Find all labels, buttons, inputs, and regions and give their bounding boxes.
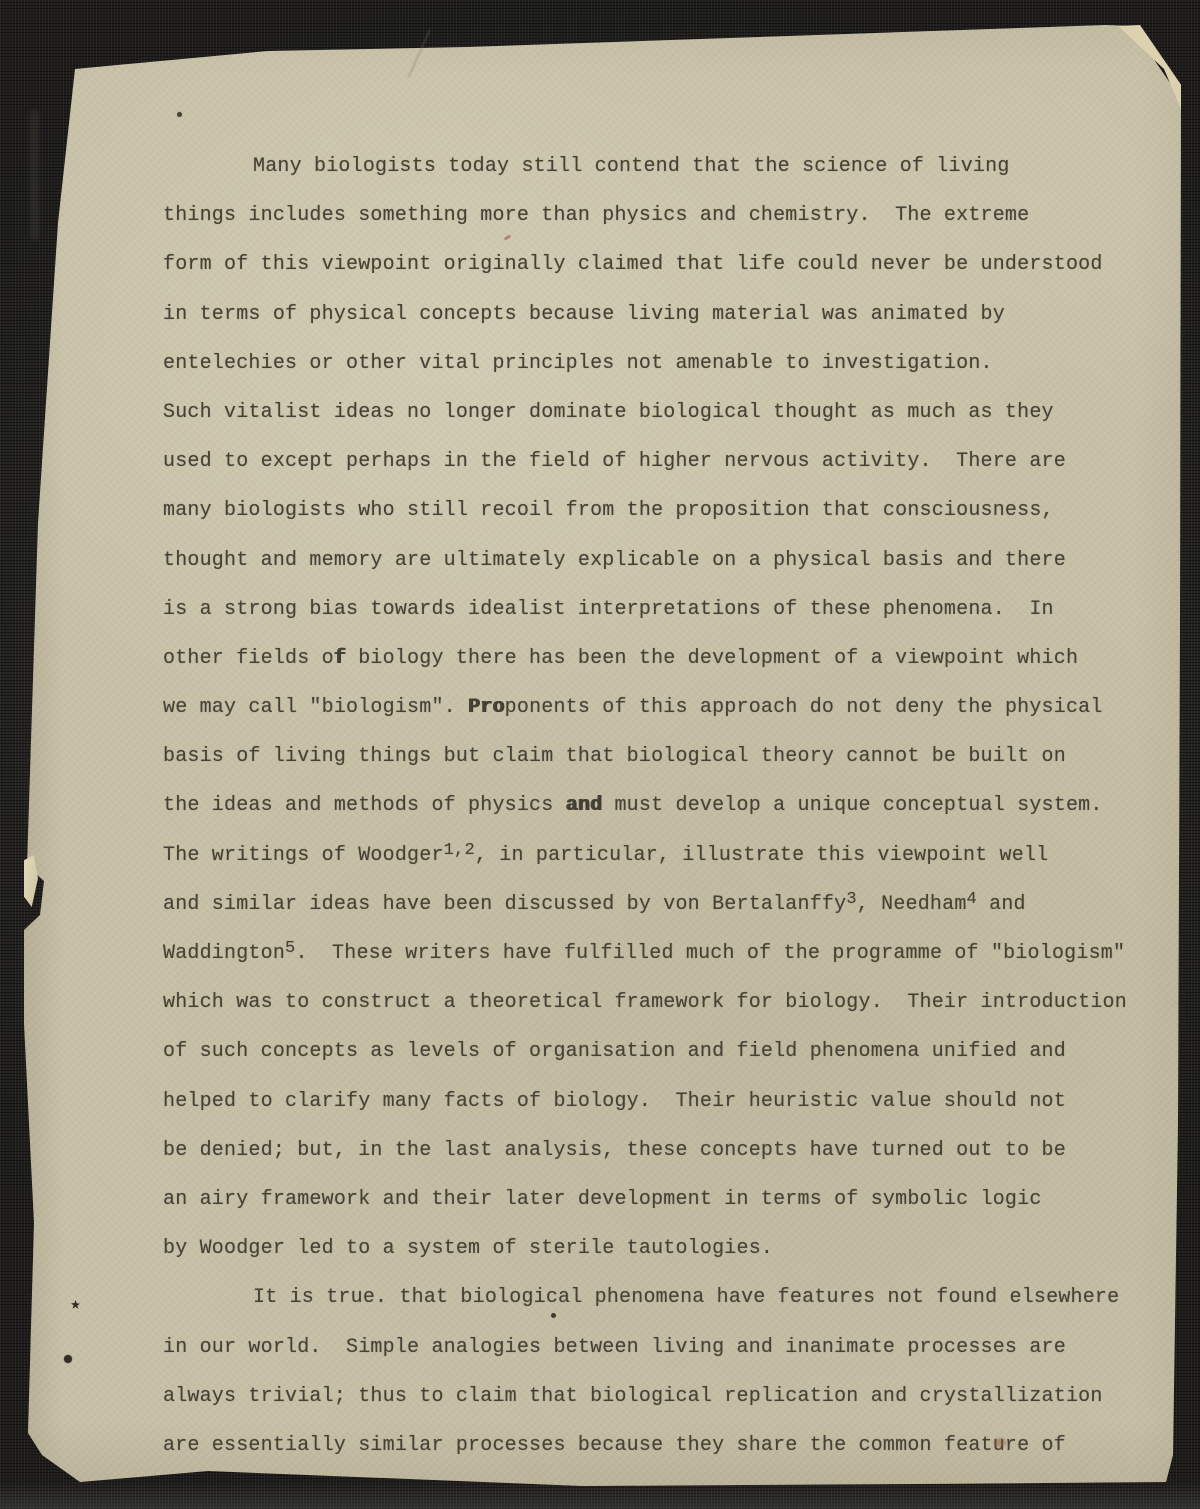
overtyped-text: and — [566, 794, 603, 817]
text-line: thought and memory are ultimately explic… — [163, 549, 1163, 598]
text-line: It is true. that biological phenomena ha… — [163, 1286, 1163, 1335]
text-line: used to except perhaps in the field of h… — [163, 450, 1163, 499]
text-line: the ideas and methods of physics and mus… — [163, 794, 1163, 843]
text-line: things includes something more than phys… — [163, 204, 1163, 253]
overtyped-text: f — [334, 647, 346, 670]
text-line: entelechies or other vital principles no… — [163, 352, 1163, 401]
text-line: The writings of Woodger1,2, in particula… — [163, 844, 1163, 893]
text-line: Such vitalist ideas no longer dominate b… — [163, 401, 1163, 450]
footnote-reference: 3 — [846, 890, 856, 909]
text-line: always trivial; thus to claim that biolo… — [163, 1385, 1163, 1434]
overtyped-text: Pro — [468, 696, 505, 719]
text-line: an airy framework and their later develo… — [163, 1188, 1163, 1237]
text-line: basis of living things but claim that bi… — [163, 745, 1163, 794]
text-line: form of this viewpoint originally claime… — [163, 253, 1163, 302]
footnote-reference: 1,2 — [444, 841, 475, 860]
text-line: in terms of physical concepts because li… — [163, 303, 1163, 352]
text-line: Many biologists today still contend that… — [163, 155, 1163, 204]
text-line: by Woodger led to a system of sterile ta… — [163, 1237, 1163, 1286]
text-line: helped to clarify many facts of biology.… — [163, 1090, 1163, 1139]
footnote-reference: 4 — [967, 890, 977, 909]
text-line: which was to construct a theoretical fra… — [163, 991, 1163, 1040]
text-line: of such concepts as levels of organisati… — [163, 1040, 1163, 1089]
text-line: we may call "biologism". Proponents of t… — [163, 696, 1163, 745]
text-line: many biologists who still recoil from th… — [163, 499, 1163, 548]
text-line: Waddington5. These writers have fulfille… — [163, 942, 1163, 991]
text-line: other fields of biology there has been t… — [163, 647, 1163, 696]
text-line: is a strong bias towards idealist interp… — [163, 598, 1163, 647]
text-line: in our world. Simple analogies between l… — [163, 1336, 1163, 1385]
text-line: be denied; but, in the last analysis, th… — [163, 1139, 1163, 1188]
typewritten-text: Many biologists today still contend that… — [163, 155, 1163, 1483]
paper-sheet: Many biologists today still contend that… — [18, 23, 1181, 1487]
text-line: and similar ideas have been discussed by… — [163, 893, 1163, 942]
footnote-reference: 5 — [285, 939, 295, 958]
